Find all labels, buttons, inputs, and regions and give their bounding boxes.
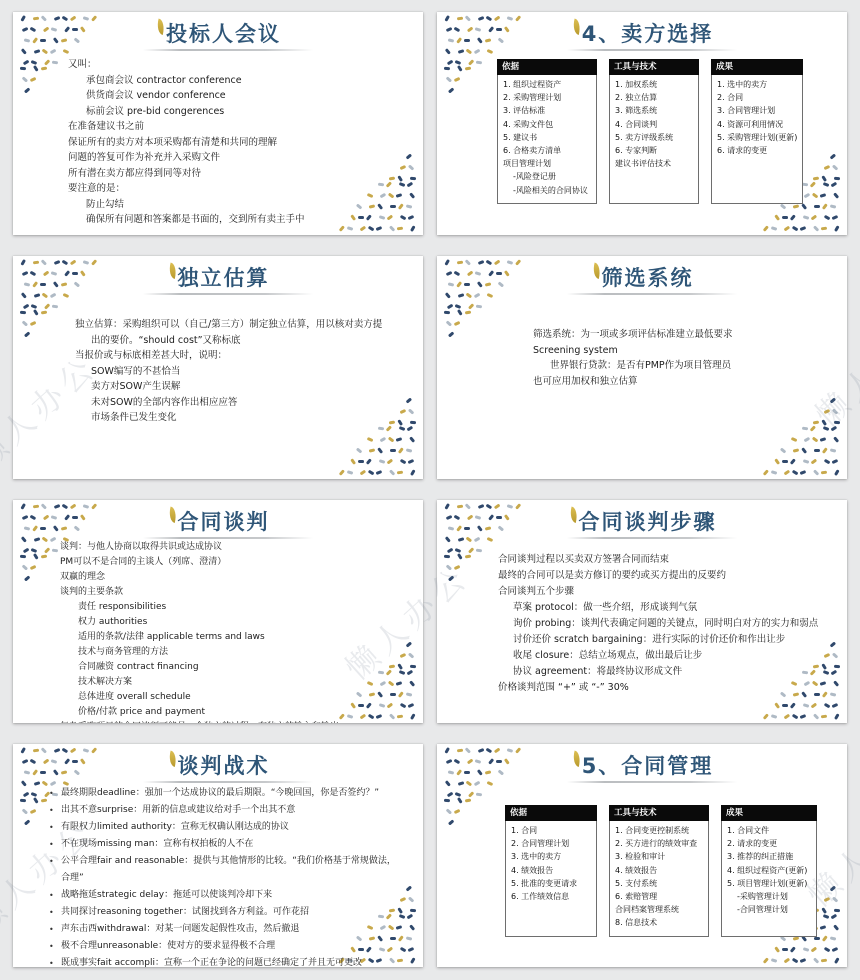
itto-item: 5. 批准的变更请求 bbox=[511, 877, 592, 890]
text-line: 声东击西withdrawal：对某一问题发起假性攻击，然后撤退 bbox=[48, 921, 413, 938]
text-line: 复杂采购项目的合同谈判可能是一个独立的过程，有独立的输入和输出 bbox=[60, 720, 413, 723]
slide-contract-negotiation[interactable]: 合同谈判 谈判：与他人协商以取得共识或达成协议PM可以不是合同的主谈人（列席、澄… bbox=[13, 500, 423, 723]
slide-title: 合同谈判步骤 bbox=[579, 510, 717, 534]
text-line: 保证所有的卖方对本项采购都有清楚和共同的理解 bbox=[68, 135, 409, 151]
slide-body: 又叫：承包商会议 contractor conference供货商会议 vend… bbox=[13, 51, 423, 228]
text-line: 出的要价。“should cost”又称标底 bbox=[75, 333, 409, 349]
itto-item: 5. 项目管理计划(更新) bbox=[727, 877, 812, 890]
itto-item: 项目管理计划 bbox=[503, 157, 592, 170]
text-line: 战略拖延strategic delay：拖延可以使谈判冷却下来 bbox=[48, 887, 413, 904]
itto-item: -采购管理计划 bbox=[727, 890, 812, 903]
itto-item: 1. 组织过程资产 bbox=[503, 78, 592, 91]
itto-item: 6. 合格卖方清单 bbox=[503, 144, 592, 157]
leaf-icon bbox=[155, 18, 166, 34]
slide-title-row: 独立估算 bbox=[13, 256, 423, 295]
itto-item: 5. 支付系统 bbox=[615, 877, 704, 890]
text-line: 问题的答复可作为补充并入采购文件 bbox=[68, 150, 409, 166]
text-line: 卖方对SOW产生误解 bbox=[75, 379, 409, 395]
text-line: 所有潜在卖方都应得到同等对待 bbox=[68, 166, 409, 182]
text-line: 确保所有问题和答案都是书面的，交到所有卖主手中 bbox=[68, 212, 409, 228]
text-line: 要注意的是： bbox=[68, 181, 409, 197]
text-line: 收尾 closure：总结立场观点，做出最后让步 bbox=[498, 648, 835, 664]
text-line: 既成事实fait accompli：宣称一个正在争论的问题已经确定了并且无可更改 bbox=[48, 955, 413, 967]
leaf-icon bbox=[567, 506, 578, 522]
text-line: 极不合理unreasonable：使对方的要求显得极不合理 bbox=[48, 938, 413, 955]
text-line: 当报价或与标底相差甚大时，说明： bbox=[75, 348, 409, 364]
text-line: 独立估算：采购组织可以（自己/第三方）制定独立估算，用以核对卖方提 bbox=[75, 317, 409, 333]
text-line: 价格谈判范围 “+” 或 “-” 30% bbox=[498, 680, 835, 696]
itto-column-header: 依据 bbox=[505, 805, 597, 821]
text-line: 合理” bbox=[48, 870, 413, 887]
itto-item: -风险登记册 bbox=[503, 170, 592, 183]
slide-title-row: 投标人会议 bbox=[13, 12, 423, 51]
itto-column-inputs: 依据 1. 组织过程资产2. 采购管理计划3. 评估标准4. 采购文件包5. 建… bbox=[497, 59, 597, 204]
text-line: 也可应用加权和独立估算 bbox=[533, 374, 833, 390]
text-line: 不在现场missing man：宣称有权拍板的人不在 bbox=[48, 836, 413, 853]
confetti-corner-icon bbox=[754, 388, 840, 474]
slide-screening-system[interactable]: 筛选系统 筛选系统：为一项或多项评估标准建立最低要求Screening syst… bbox=[437, 256, 847, 479]
itto-item: 2. 独立估算 bbox=[615, 91, 694, 104]
slide-independent-estimates[interactable]: 独立估算 独立估算：采购组织可以（自己/第三方）制定独立估算，用以核对卖方提出的… bbox=[13, 256, 423, 479]
slide-title-row: 合同谈判步骤 bbox=[437, 500, 847, 539]
itto-column-tools: 工具与技术 1. 加权系统2. 独立估算3. 筛选系统4. 合同谈判5. 卖方评… bbox=[609, 59, 699, 204]
text-line: 责任 responsibilities bbox=[60, 600, 413, 615]
slide-title-row: 筛选系统 bbox=[437, 256, 847, 295]
itto-item: 5. 卖方评级系统 bbox=[615, 131, 694, 144]
itto-column-header: 工具与技术 bbox=[609, 59, 699, 75]
slide-contract-administration[interactable]: 5、合同管理 依据 1. 合同2. 合同管理计划3. 选中的卖方4. 绩效报告5… bbox=[437, 744, 847, 967]
text-line: PM可以不是合同的主谈人（列席、澄清） bbox=[60, 555, 413, 570]
text-line: 有限权力limited authority：宣称无权确认刚达成的协议 bbox=[48, 819, 413, 836]
text-line: 谈判：与他人协商以取得共识或达成协议 bbox=[60, 540, 413, 555]
itto-item: 1. 合同变更控制系统 bbox=[615, 824, 704, 837]
text-line: 草案 protocol：做一些介绍，形成谈判气氛 bbox=[498, 600, 835, 616]
text-line: 出其不意surprise：用新的信息或建议给对手一个出其不意 bbox=[48, 802, 413, 819]
itto-item: 建议书评估技术 bbox=[615, 157, 694, 170]
itto-column-body: 1. 合同变更控制系统2. 买方进行的绩效审查3. 检验和审计4. 绩效报告5.… bbox=[609, 821, 709, 937]
itto-item: 4. 合同谈判 bbox=[615, 118, 694, 131]
leaf-icon bbox=[166, 506, 177, 522]
itto-column-body: 1. 选中的卖方2. 合同3. 合同管理计划4. 资源可利用情况5. 采购管理计… bbox=[711, 75, 803, 204]
text-line: 共同探讨reasoning together：试图找到各方利益。可作花招 bbox=[48, 904, 413, 921]
itto-item: 1. 合同 bbox=[511, 824, 592, 837]
itto-item: 8. 信息技术 bbox=[615, 916, 704, 929]
text-line: 世界银行贷款：是否有PMP作为项目管理员 bbox=[533, 358, 833, 374]
title-underline bbox=[567, 49, 737, 51]
itto-column-body: 1. 加权系统2. 独立估算3. 筛选系统4. 合同谈判5. 卖方评级系统6. … bbox=[609, 75, 699, 204]
itto-item: 6. 请求的变更 bbox=[717, 144, 798, 157]
itto-item: 2. 请求的变更 bbox=[727, 837, 812, 850]
leaf-icon bbox=[166, 262, 177, 278]
itto-item: 6. 索赔管理 bbox=[615, 890, 704, 903]
text-line: 技术解决方案 bbox=[60, 675, 413, 690]
slide-body: 独立估算：采购组织可以（自己/第三方）制定独立估算，用以核对卖方提出的要价。“s… bbox=[13, 295, 423, 426]
slide-seller-selection[interactable]: 4、卖方选择 依据 1. 组织过程资产2. 采购管理计划3. 评估标准4. 采购… bbox=[437, 12, 847, 235]
itto-column-outputs: 成果 1. 选中的卖方2. 合同3. 合同管理计划4. 资源可利用情况5. 采购… bbox=[711, 59, 803, 204]
itto-item: 2. 合同管理计划 bbox=[511, 837, 592, 850]
slide-title: 筛选系统 bbox=[602, 266, 694, 290]
text-line: 双赢的理念 bbox=[60, 570, 413, 585]
text-line: 合同谈判五个步骤 bbox=[498, 584, 835, 600]
itto-item: 4. 组织过程资产(更新) bbox=[727, 864, 812, 877]
slide-bidder-conference[interactable]: 投标人会议 又叫：承包商会议 contractor conference供货商会… bbox=[13, 12, 423, 235]
text-line: 最终的合同可以是卖方修订的要约或买方提出的反要约 bbox=[498, 568, 835, 584]
slide-title-row: 5、合同管理 bbox=[437, 744, 847, 783]
itto-column-header: 成果 bbox=[711, 59, 803, 75]
slide-title: 合同谈判 bbox=[178, 510, 270, 534]
itto-item: 3. 检验和审计 bbox=[615, 850, 704, 863]
text-line: 技术与商务管理的方法 bbox=[60, 645, 413, 660]
itto-column-body: 1. 合同2. 合同管理计划3. 选中的卖方4. 绩效报告5. 批准的变更请求6… bbox=[505, 821, 597, 937]
itto-column-inputs: 依据 1. 合同2. 合同管理计划3. 选中的卖方4. 绩效报告5. 批准的变更… bbox=[505, 805, 597, 937]
text-line: SOW编写的不甚恰当 bbox=[75, 364, 409, 380]
text-line: 价格/付款 price and payment bbox=[60, 705, 413, 720]
slide-title-row: 谈判战术 bbox=[13, 744, 423, 783]
text-line: 标前会议 pre-bid congerences bbox=[68, 104, 409, 120]
slide-title: 5、合同管理 bbox=[582, 754, 714, 778]
itto-table: 依据 1. 组织过程资产2. 采购管理计划3. 评估标准4. 采购文件包5. 建… bbox=[497, 59, 847, 204]
text-line: 又叫： bbox=[68, 57, 409, 73]
text-line: 合同融资 contract financing bbox=[60, 660, 413, 675]
slide-title-row: 4、卖方选择 bbox=[437, 12, 847, 51]
title-underline bbox=[567, 781, 737, 783]
itto-item: 4. 绩效报告 bbox=[615, 864, 704, 877]
itto-column-header: 工具与技术 bbox=[609, 805, 709, 821]
itto-item: 3. 合同管理计划 bbox=[717, 104, 798, 117]
itto-column-tools: 工具与技术 1. 合同变更控制系统2. 买方进行的绩效审查3. 检验和审计4. … bbox=[609, 805, 709, 937]
text-line: Screening system bbox=[533, 343, 833, 359]
itto-column-body: 1. 合同文件2. 请求的变更3. 推荐的纠正措施4. 组织过程资产(更新)5.… bbox=[721, 821, 817, 937]
itto-item: 4. 绩效报告 bbox=[511, 864, 592, 877]
text-line: 谈判的主要条款 bbox=[60, 585, 413, 600]
itto-item: 3. 评估标准 bbox=[503, 104, 592, 117]
slide-title: 独立估算 bbox=[178, 266, 270, 290]
slides-grid: 投标人会议 又叫：承包商会议 contractor conference供货商会… bbox=[13, 12, 847, 967]
slide-negotiation-steps[interactable]: 合同谈判步骤 合同谈判过程以买卖双方签署合同而结束最终的合同可以是卖方修订的要约… bbox=[437, 500, 847, 723]
itto-item: 4. 采购文件包 bbox=[503, 118, 592, 131]
itto-item: 2. 合同 bbox=[717, 91, 798, 104]
slide-negotiation-tactics[interactable]: 谈判战术 最终期限deadline：强加一个达成协议的最后期限。“今晚回国，你是… bbox=[13, 744, 423, 967]
text-line: 承包商会议 contractor conference bbox=[68, 73, 409, 89]
text-line: 讨价还价 scratch bargaining：进行实际的讨价还价和作出让步 bbox=[498, 632, 835, 648]
itto-item: 1. 加权系统 bbox=[615, 78, 694, 91]
text-line: 权力 authorities bbox=[60, 615, 413, 630]
itto-item: 2. 采购管理计划 bbox=[503, 91, 592, 104]
itto-item: -合同管理计划 bbox=[727, 903, 812, 916]
itto-item: 合同档案管理系统 bbox=[615, 903, 704, 916]
slide-body: 谈判：与他人协商以取得共识或达成协议PM可以不是合同的主谈人（列席、澄清）双赢的… bbox=[13, 539, 423, 723]
text-line: 未对SOW的全部内容作出相应应答 bbox=[75, 395, 409, 411]
leaf-icon bbox=[571, 750, 582, 766]
text-line: 最终期限deadline：强加一个达成协议的最后期限。“今晚回国，你是否签约？” bbox=[48, 785, 413, 802]
itto-column-header: 成果 bbox=[721, 805, 817, 821]
slide-title: 投标人会议 bbox=[166, 22, 281, 46]
text-line: 适用的条款/法律 applicable terms and laws bbox=[60, 630, 413, 645]
slide-body: 筛选系统：为一项或多项评估标准建立最低要求Screening system世界银… bbox=[437, 295, 847, 389]
text-line: 防止勾结 bbox=[68, 197, 409, 213]
text-line: 供货商会议 vendor conference bbox=[68, 88, 409, 104]
itto-column-header: 依据 bbox=[497, 59, 597, 75]
itto-column-body: 1. 组织过程资产2. 采购管理计划3. 评估标准4. 采购文件包5. 建议书6… bbox=[497, 75, 597, 204]
slide-title: 谈判战术 bbox=[178, 754, 270, 778]
itto-item: 3. 筛选系统 bbox=[615, 104, 694, 117]
text-line: 在准备建议书之前 bbox=[68, 119, 409, 135]
text-line: 筛选系统：为一项或多项评估标准建立最低要求 bbox=[533, 327, 833, 343]
itto-column-outputs: 成果 1. 合同文件2. 请求的变更3. 推荐的纠正措施4. 组织过程资产(更新… bbox=[721, 805, 817, 937]
slide-title: 4、卖方选择 bbox=[582, 22, 714, 46]
leaf-icon bbox=[571, 18, 582, 34]
itto-item: 1. 选中的卖方 bbox=[717, 78, 798, 91]
slide-title-row: 合同谈判 bbox=[13, 500, 423, 539]
text-line: 总体进度 overall schedule bbox=[60, 690, 413, 705]
itto-item: 3. 推荐的纠正措施 bbox=[727, 850, 812, 863]
text-line: 合同谈判过程以买卖双方签署合同而结束 bbox=[498, 552, 835, 568]
itto-item: 6. 专家判断 bbox=[615, 144, 694, 157]
slide-body: 合同谈判过程以买卖双方签署合同而结束最终的合同可以是卖方修订的要约或买方提出的反… bbox=[437, 539, 847, 696]
itto-item: 6. 工作绩效信息 bbox=[511, 890, 592, 903]
leaf-icon bbox=[166, 750, 177, 766]
itto-item: 2. 买方进行的绩效审查 bbox=[615, 837, 704, 850]
text-line: 市场条件已发生变化 bbox=[75, 410, 409, 426]
slide-body: 最终期限deadline：强加一个达成协议的最后期限。“今晚回国，你是否签约？”… bbox=[13, 783, 423, 967]
itto-item: -风险相关的合同协议 bbox=[503, 184, 592, 197]
itto-item: 1. 合同文件 bbox=[727, 824, 812, 837]
itto-item: 5. 采购管理计划(更新) bbox=[717, 131, 798, 144]
itto-item: 4. 资源可利用情况 bbox=[717, 118, 798, 131]
leaf-icon bbox=[590, 262, 601, 278]
text-line: 协议 agreement：将最终协议形成文件 bbox=[498, 664, 835, 680]
itto-item: 3. 选中的卖方 bbox=[511, 850, 592, 863]
itto-table: 依据 1. 合同2. 合同管理计划3. 选中的卖方4. 绩效报告5. 批准的变更… bbox=[505, 805, 847, 937]
text-line: 询价 probing：谈判代表确定问题的关键点，同时明白对方的实力和弱点 bbox=[498, 616, 835, 632]
text-line: 公平合理fair and reasonable：提供与其他情形的比较。“我们价格… bbox=[48, 853, 413, 870]
itto-item: 5. 建议书 bbox=[503, 131, 592, 144]
